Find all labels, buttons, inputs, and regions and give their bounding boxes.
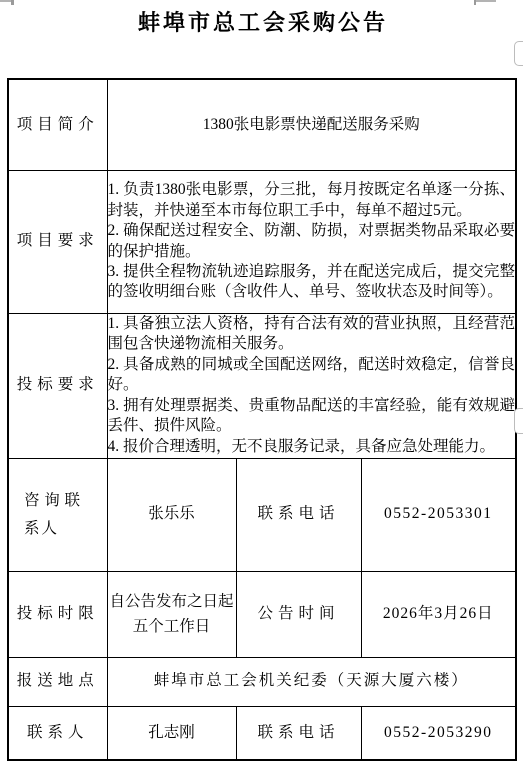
page-title: 蚌埠市总工会采购公告 bbox=[0, 6, 523, 37]
row-bid-deadline: 投标时限 自公告发布之日起五个工作日 公告时间 2026年3月26日 bbox=[8, 571, 516, 657]
contact-phone-label: 联系电话 bbox=[236, 706, 361, 760]
bid-requirements-value: 1. 具备独立法人资格，持有合法有效的营业执照，且经营范围包含快递物流相关服务。… bbox=[107, 313, 516, 458]
project-intro-value: 1380张电影票快递配送服务采购 bbox=[107, 79, 516, 170]
row-submit-location: 报送地点 蚌埠市总工会机关纪委（天源大厦六楼） bbox=[8, 657, 516, 706]
row-bid-requirements: 投标要求 1. 具备独立法人资格，持有合法有效的营业执照，且经营范围包含快递物流… bbox=[8, 313, 516, 458]
consult-contact-name: 张乐乐 bbox=[107, 458, 236, 571]
page-margin-mark-top-right-nub bbox=[474, 0, 476, 5]
contact-label: 联系人 bbox=[8, 706, 107, 760]
project-intro-label: 项目简介 bbox=[8, 79, 107, 170]
page-margin-mark-top-left-nub bbox=[11, 0, 14, 5]
announce-date: 2026年3月26日 bbox=[361, 571, 516, 657]
bid-deadline-label: 投标时限 bbox=[8, 571, 107, 657]
contact-name: 孔志刚 bbox=[107, 706, 236, 760]
row-project-intro: 项目简介 1380张电影票快递配送服务采购 bbox=[8, 79, 516, 170]
bid-deadline-value: 自公告发布之日起五个工作日 bbox=[107, 571, 236, 657]
bid-requirements-label: 投标要求 bbox=[8, 313, 107, 458]
consult-contact-phone: 0552-2053301 bbox=[361, 458, 516, 571]
page-margin-mark-top-right bbox=[474, 0, 496, 2]
contact-phone: 0552-2053290 bbox=[361, 706, 516, 760]
row-consult-contact: 咨询联系人 张乐乐 联系电话 0552-2053301 bbox=[8, 458, 516, 571]
document-page: 蚌埠市总工会采购公告 项目简介 1380张电影票快递配送服务采购 项目要求 1.… bbox=[0, 0, 523, 763]
project-requirements-value: 1. 负责1380张电影票，分三批，每月按既定名单逐一分拣、封装，并快递至本市每… bbox=[107, 170, 516, 313]
consult-contact-phone-label: 联系电话 bbox=[236, 458, 361, 571]
consult-contact-label: 咨询联系人 bbox=[24, 487, 82, 543]
announce-time-label: 公告时间 bbox=[236, 571, 361, 657]
submit-location-label: 报送地点 bbox=[8, 657, 107, 706]
edge-handle-top[interactable] bbox=[514, 41, 523, 66]
announcement-table: 项目简介 1380张电影票快递配送服务采购 项目要求 1. 负责1380张电影票… bbox=[7, 78, 517, 761]
submit-location-value: 蚌埠市总工会机关纪委（天源大厦六楼） bbox=[107, 657, 516, 706]
consult-contact-label-cell: 咨询联系人 bbox=[8, 458, 107, 571]
project-requirements-label: 项目要求 bbox=[8, 170, 107, 313]
row-contact: 联系人 孔志刚 联系电话 0552-2053290 bbox=[8, 706, 516, 760]
row-project-requirements: 项目要求 1. 负责1380张电影票，分三批，每月按既定名单逐一分拣、封装，并快… bbox=[8, 170, 516, 313]
edge-handle-middle[interactable] bbox=[514, 408, 523, 434]
